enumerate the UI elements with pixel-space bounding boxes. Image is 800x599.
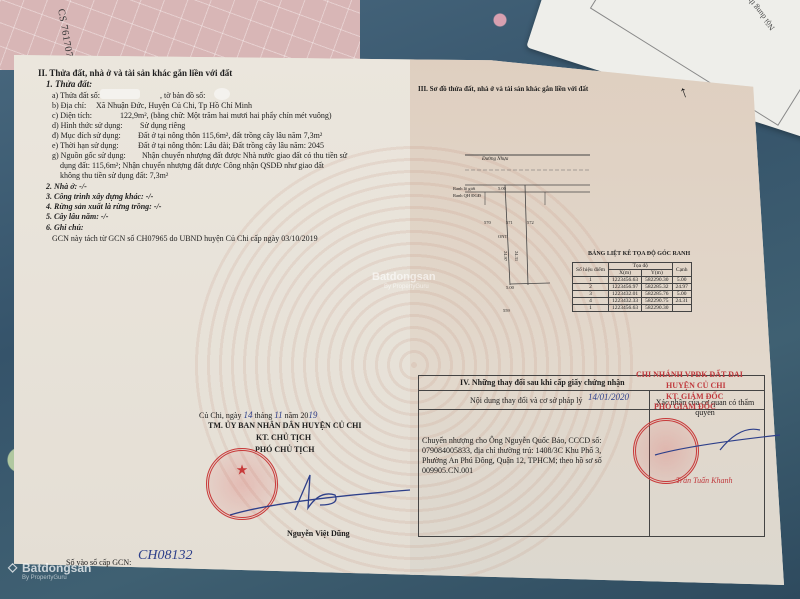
- col-edge: Cạnh: [672, 263, 691, 277]
- col-content-header: Nội dung thay đổi và cơ sở pháp lý: [470, 396, 582, 406]
- purpose-label: đ) Mục đích sử dụng:: [52, 131, 121, 141]
- stamp-org-2: HUYỆN CỦ CHI: [666, 381, 726, 391]
- parcel-sketch: [450, 150, 590, 320]
- watermark-bottom-sub: By PropertyGuru: [22, 575, 67, 581]
- section2-title: II. Thửa đất, nhà ở và tài sản khác gắn …: [38, 68, 232, 78]
- notes-heading: 6. Ghi chú:: [46, 223, 84, 233]
- coord-table-row: 41223432.33582290.7524.31: [573, 298, 692, 305]
- land-type: ONT: [498, 232, 507, 242]
- cert-register-value: CH08132: [138, 551, 192, 561]
- change-line-4: 009905.CN.001: [422, 466, 473, 476]
- coord-cell-point: 4: [573, 298, 609, 305]
- certificate-serial: CS 761707: [55, 8, 74, 58]
- stamp-role-1: KT. GIÁM ĐỐC: [666, 392, 723, 402]
- date-year: 19: [308, 410, 317, 420]
- house-line: 2. Nhà ở: -/-: [46, 182, 87, 192]
- change-line-3: Phường An Phú Đông, Quận 12, TPHCM; theo…: [422, 456, 602, 466]
- coord-cell-y: 582285.32: [642, 284, 672, 291]
- road-label: Đường Nhựa: [482, 155, 508, 165]
- top-width: 5.00: [498, 184, 506, 194]
- stamp-org-1: CHI NHÁNH VPĐK ĐẤT ĐAI: [636, 370, 743, 380]
- watermark-center-sub: By PropertyGuru: [384, 284, 429, 290]
- coord-table: Số hiệu điểm Tọa độ Cạnh X(m) Y(m) 11223…: [572, 262, 692, 312]
- col-point: Số hiệu điểm: [573, 263, 609, 277]
- col-y: Y(m): [642, 270, 672, 277]
- coord-cell-y: 582290.30: [642, 305, 672, 312]
- origin-value-2: dụng đất: 115,6m²; Nhận chuyển nhượng đấ…: [60, 161, 324, 171]
- issuing-org: TM. ỦY BAN NHÂN DÂN HUYỆN CỦ CHI: [208, 421, 361, 431]
- map-sheet-label: , tờ bản đồ số:: [160, 91, 205, 101]
- date-day: 14: [243, 410, 252, 420]
- parcel-center: 571: [506, 218, 513, 228]
- coord-table-row: 11223456.63582290.30: [573, 305, 692, 312]
- parcel-no-redacted: [100, 89, 140, 99]
- watermark-center: Batdongsan: [372, 271, 436, 283]
- forest-line: 4. Rừng sản xuất là rừng trồng: -/-: [46, 202, 161, 212]
- change-line-2: 079084005833, địa chỉ thường trú: 1408/3…: [422, 446, 601, 456]
- col-x: X(m): [609, 270, 642, 277]
- coord-table-body: 11223456.63582290.305.0021223456.9758228…: [573, 277, 692, 312]
- coord-cell-edge: 5.00: [672, 291, 691, 298]
- address-label: b) Địa chỉ:: [52, 101, 86, 111]
- origin-value-1: Nhận chuyển nhượng đất được Nhà nước gia…: [142, 151, 347, 161]
- coord-cell-x: 1223432.01: [609, 291, 642, 298]
- area-label: c) Diện tích:: [52, 111, 92, 121]
- branch-signature-scribble: [650, 420, 790, 460]
- parcel-left: 570: [484, 218, 491, 228]
- date-place: Củ Chi, ngày 14 tháng 11 năm 2019: [199, 410, 317, 421]
- section3-title: III. Sơ đồ thửa đất, nhà ở và tài sản kh…: [418, 84, 588, 94]
- year-label: năm 20: [285, 411, 309, 420]
- left-side-length: 24.97: [500, 251, 510, 261]
- coord-table-row: 21223456.97582285.3224.97: [573, 284, 692, 291]
- coord-cell-y: 582290.75: [642, 298, 672, 305]
- usage-form-label: d) Hình thức sử dụng:: [52, 121, 122, 131]
- parcel-no-label: a) Thửa đất số:: [52, 91, 100, 101]
- notes-value: GCN này tách từ GCN số CH07965 do UBND h…: [52, 234, 318, 244]
- coord-cell-edge: 24.31: [672, 298, 691, 305]
- date-month: 11: [274, 410, 282, 420]
- parcel-right: 572: [527, 218, 534, 228]
- term-value: Đất ở tại nông thôn: Lâu dài; Đất trồng …: [138, 141, 324, 151]
- purpose-value: Đất ở tại nông thôn 115,6m², đất trồng c…: [138, 131, 322, 141]
- usage-form-value: Sử dụng riêng: [140, 121, 185, 131]
- change-line-1: Chuyển nhượng cho Ông Nguyễn Quốc Bảo, C…: [422, 436, 601, 446]
- boundary-label-2: Ranh QH ĐGĐ: [453, 191, 481, 201]
- month-label: tháng: [254, 411, 272, 420]
- col-coord: Tọa độ: [609, 263, 673, 270]
- coord-table-row: 31223432.01582285.765.00: [573, 291, 692, 298]
- coord-cell-point: 1: [573, 305, 609, 312]
- right-side-length: 24.31: [511, 251, 521, 261]
- stamp-role-2: PHÓ GIÁM ĐỐC: [654, 402, 716, 412]
- coord-cell-x: 1223456.63: [609, 305, 642, 312]
- coord-cell-edge: 5.00: [672, 277, 691, 284]
- other-construction-line: 3. Công trình xây dựng khác: -/-: [46, 192, 153, 202]
- coord-cell-point: 2: [573, 284, 609, 291]
- origin-value-3: không thu tiền sử dụng đất: 7,3m²: [60, 171, 168, 181]
- coord-cell-x: 1223456.63: [609, 277, 642, 284]
- coord-cell-point: 3: [573, 291, 609, 298]
- term-label: e) Thời hạn sử dụng:: [52, 141, 119, 151]
- coord-table-title: BẢNG LIỆT KÊ TỌA ĐỘ GÓC RANH: [588, 251, 690, 257]
- coord-cell-y: 582285.76: [642, 291, 672, 298]
- parcel-heading: 1. Thửa đất:: [46, 79, 92, 89]
- branch-signer-name: Trần Tuấn Khanh: [676, 476, 732, 486]
- watermark-logo-icon: ◇: [8, 560, 17, 574]
- coord-cell-edge: 24.97: [672, 284, 691, 291]
- watermark-bottom: Batdongsan: [22, 561, 91, 575]
- change-date: 14/01/2020: [588, 392, 629, 402]
- coord-cell-y: 582290.30: [642, 277, 672, 284]
- coord-cell-x: 1223456.97: [609, 284, 642, 291]
- coord-cell-point: 1: [573, 277, 609, 284]
- bottom-width: 5.00: [506, 283, 514, 293]
- address-value: Xã Nhuận Đức, Huyện Củ Chi, Tp Hồ Chí Mi…: [96, 101, 252, 111]
- area-value: 122,9m², (bằng chữ: Một trăm hai mươi ha…: [120, 111, 331, 121]
- origin-label: g) Nguồn gốc sử dụng:: [52, 151, 126, 161]
- signer-role-1: KT. CHỦ TỊCH: [256, 433, 311, 443]
- map-sheet-redacted: [214, 88, 230, 100]
- coord-cell-edge: [672, 305, 691, 312]
- signer-role-2: PHÓ CHỦ TỊCH: [255, 445, 314, 455]
- perennial-line: 5. Cây lâu năm: -/-: [46, 212, 108, 222]
- section4-title: IV. Những thay đổi sau khi cấp giấy chứn…: [460, 378, 625, 388]
- coord-cell-x: 1223432.33: [609, 298, 642, 305]
- date-prefix: Củ Chi, ngày: [199, 411, 241, 420]
- parcel-bottom: 559: [503, 306, 510, 316]
- coord-table-row: 11223456.63582290.305.00: [573, 277, 692, 284]
- left-signer-name: Nguyễn Việt Dũng: [287, 529, 350, 539]
- signature-scribble: [220, 470, 420, 520]
